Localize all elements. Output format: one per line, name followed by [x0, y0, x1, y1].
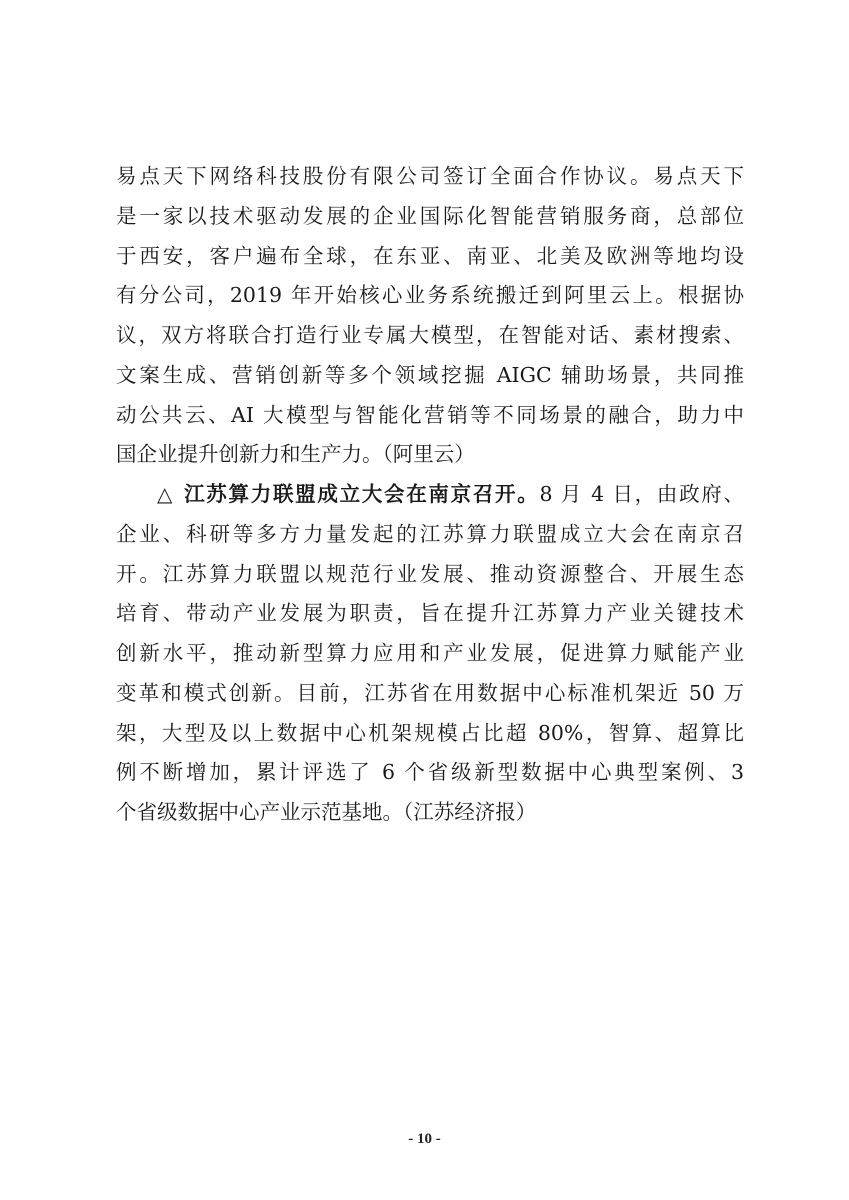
page-number: - 10 -: [0, 1131, 849, 1148]
triangle-bullet-icon: △: [157, 475, 172, 515]
text-line: 创新水平，推动新型算力应用和产业发展，促进算力赋能产业: [116, 634, 744, 674]
text-line: 开。江苏算力联盟以规范行业发展、推动资源整合、开展生态: [116, 555, 744, 595]
text-line: 议，双方将联合打造行业专属大模型，在智能对话、素材搜索、: [116, 316, 744, 356]
news-lead-text: 8 月 4 日，由政府、: [539, 482, 744, 506]
text-line: 国企业提升创新力和生产力。（阿里云）: [116, 435, 744, 475]
text-line: 变革和模式创新。目前，江苏省在用数据中心标准机架近 50 万: [116, 674, 744, 714]
text-line: 于西安，客户遍布全球，在东亚、南亚、北美及欧洲等地均设: [116, 237, 744, 277]
document-page: 易点天下网络科技股份有限公司签订全面合作协议。易点天下 是一家以技术驱动发展的企…: [0, 0, 849, 1200]
text-line: 例不断增加，累计评选了 6 个省级新型数据中心典型案例、3: [116, 753, 744, 793]
news-headline: 江苏算力联盟成立大会在南京召开。: [182, 482, 539, 506]
text-line: 有分公司，2019 年开始核心业务系统搬迁到阿里云上。根据协: [116, 276, 744, 316]
document-body: 易点天下网络科技股份有限公司签订全面合作协议。易点天下 是一家以技术驱动发展的企…: [116, 157, 744, 833]
text-line: 文案生成、营销创新等多个领域挖掘 AIGC 辅助场景，共同推: [116, 356, 744, 396]
news-item-heading-line: △江苏算力联盟成立大会在南京召开。8 月 4 日，由政府、: [116, 475, 744, 515]
text-line: 企业、科研等多方力量发起的江苏算力联盟成立大会在南京召: [116, 515, 744, 555]
text-line: 个省级数据中心产业示范基地。（江苏经济报）: [116, 793, 744, 833]
text-line: 培育、带动产业发展为职责，旨在提升江苏算力产业关键技术: [116, 594, 744, 634]
text-line: 架，大型及以上数据中心机架规模占比超 80%，智算、超算比: [116, 714, 744, 754]
text-line: 动公共云、AI 大模型与智能化营销等不同场景的融合，助力中: [116, 396, 744, 436]
text-line: 是一家以技术驱动发展的企业国际化智能营销服务商，总部位: [116, 197, 744, 237]
text-line: 易点天下网络科技股份有限公司签订全面合作协议。易点天下: [116, 157, 744, 197]
